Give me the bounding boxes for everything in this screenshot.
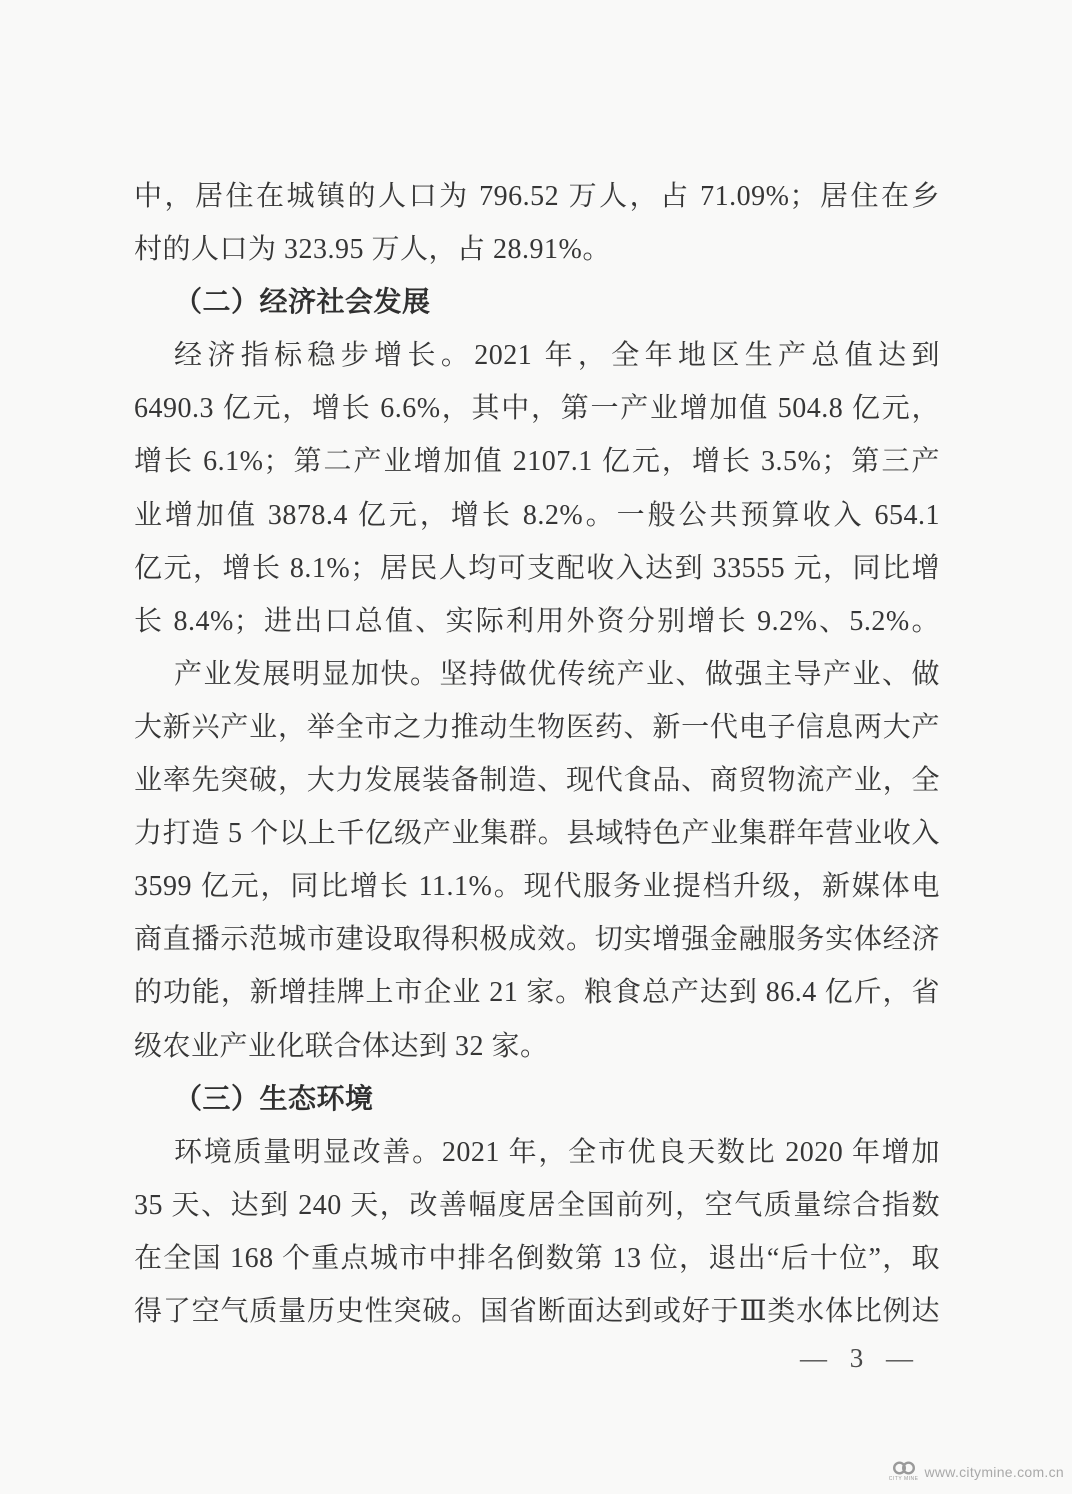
text-line: 得了空气质量历史性突破。国省断面达到或好于Ⅲ类水体比例达	[134, 1285, 940, 1338]
text-line: 35 天、达到 240 天，改善幅度居全国前列，空气质量综合指数	[134, 1179, 940, 1232]
text-line: 6490.3 亿元，增长 6.6%，其中，第一产业增加值 504.8 亿元，	[134, 382, 940, 435]
document-page: 中，居住在城镇的人口为 796.52 万人，占 71.09%；居住在乡 村的人口…	[0, 0, 1072, 1494]
text-line: 增长 6.1%；第二产业增加值 2107.1 亿元，增长 3.5%；第三产	[134, 435, 940, 488]
page-content: 中，居住在城镇的人口为 796.52 万人，占 71.09%；居住在乡 村的人口…	[134, 170, 940, 1338]
text-line: 业率先突破，大力发展装备制造、现代食品、商贸物流产业，全	[134, 754, 940, 807]
text-line: 村的人口为 323.95 万人，占 28.91%。	[134, 223, 940, 276]
text-line: 3599 亿元，同比增长 11.1%。现代服务业提档升级，新媒体电	[134, 860, 940, 913]
text-line: 经济指标稳步增长。2021 年，全年地区生产总值达到	[134, 329, 940, 382]
text-line: 亿元，增长 8.1%；居民人均可支配收入达到 33555 元，同比增	[134, 542, 940, 595]
text-line: 在全国 168 个重点城市中排名倒数第 13 位，退出“后十位”，取	[134, 1232, 940, 1285]
text-line: 产业发展明显加快。坚持做优传统产业、做强主导产业、做	[134, 648, 940, 701]
citymine-logo-icon: CITY MINE	[889, 1461, 919, 1482]
text-line: 力打造 5 个以上千亿级产业集群。县域特色产业集群年营业收入	[134, 807, 940, 860]
watermark-url: www.citymine.com.cn	[924, 1464, 1064, 1480]
text-line: 大新兴产业，举全市之力推动生物医药、新一代电子信息两大产	[134, 701, 940, 754]
text-line: 的功能，新增挂牌上市企业 21 家。粮食总产达到 86.4 亿斤，省	[134, 966, 940, 1019]
text-line: 商直播示范城市建设取得积极成效。切实增强金融服务实体经济	[134, 913, 940, 966]
text-line: 级农业产业化联合体达到 32 家。	[134, 1020, 940, 1073]
watermark: CITY MINE www.citymine.com.cn	[889, 1461, 1064, 1482]
text-line: 环境质量明显改善。2021 年，全市优良天数比 2020 年增加	[134, 1126, 940, 1179]
text-line: 长 8.4%；进出口总值、实际利用外资分别增长 9.2%、5.2%。	[134, 595, 940, 648]
watermark-logo-label: CITY MINE	[889, 1477, 919, 1482]
text-line: 业增加值 3878.4 亿元，增长 8.2%。一般公共预算收入 654.1	[134, 489, 940, 542]
page-number: — 3 —	[800, 1343, 914, 1374]
section-heading: （三）生态环境	[134, 1073, 940, 1126]
text-line: 中，居住在城镇的人口为 796.52 万人，占 71.09%；居住在乡	[134, 170, 940, 223]
section-heading: （二）经济社会发展	[134, 276, 940, 329]
